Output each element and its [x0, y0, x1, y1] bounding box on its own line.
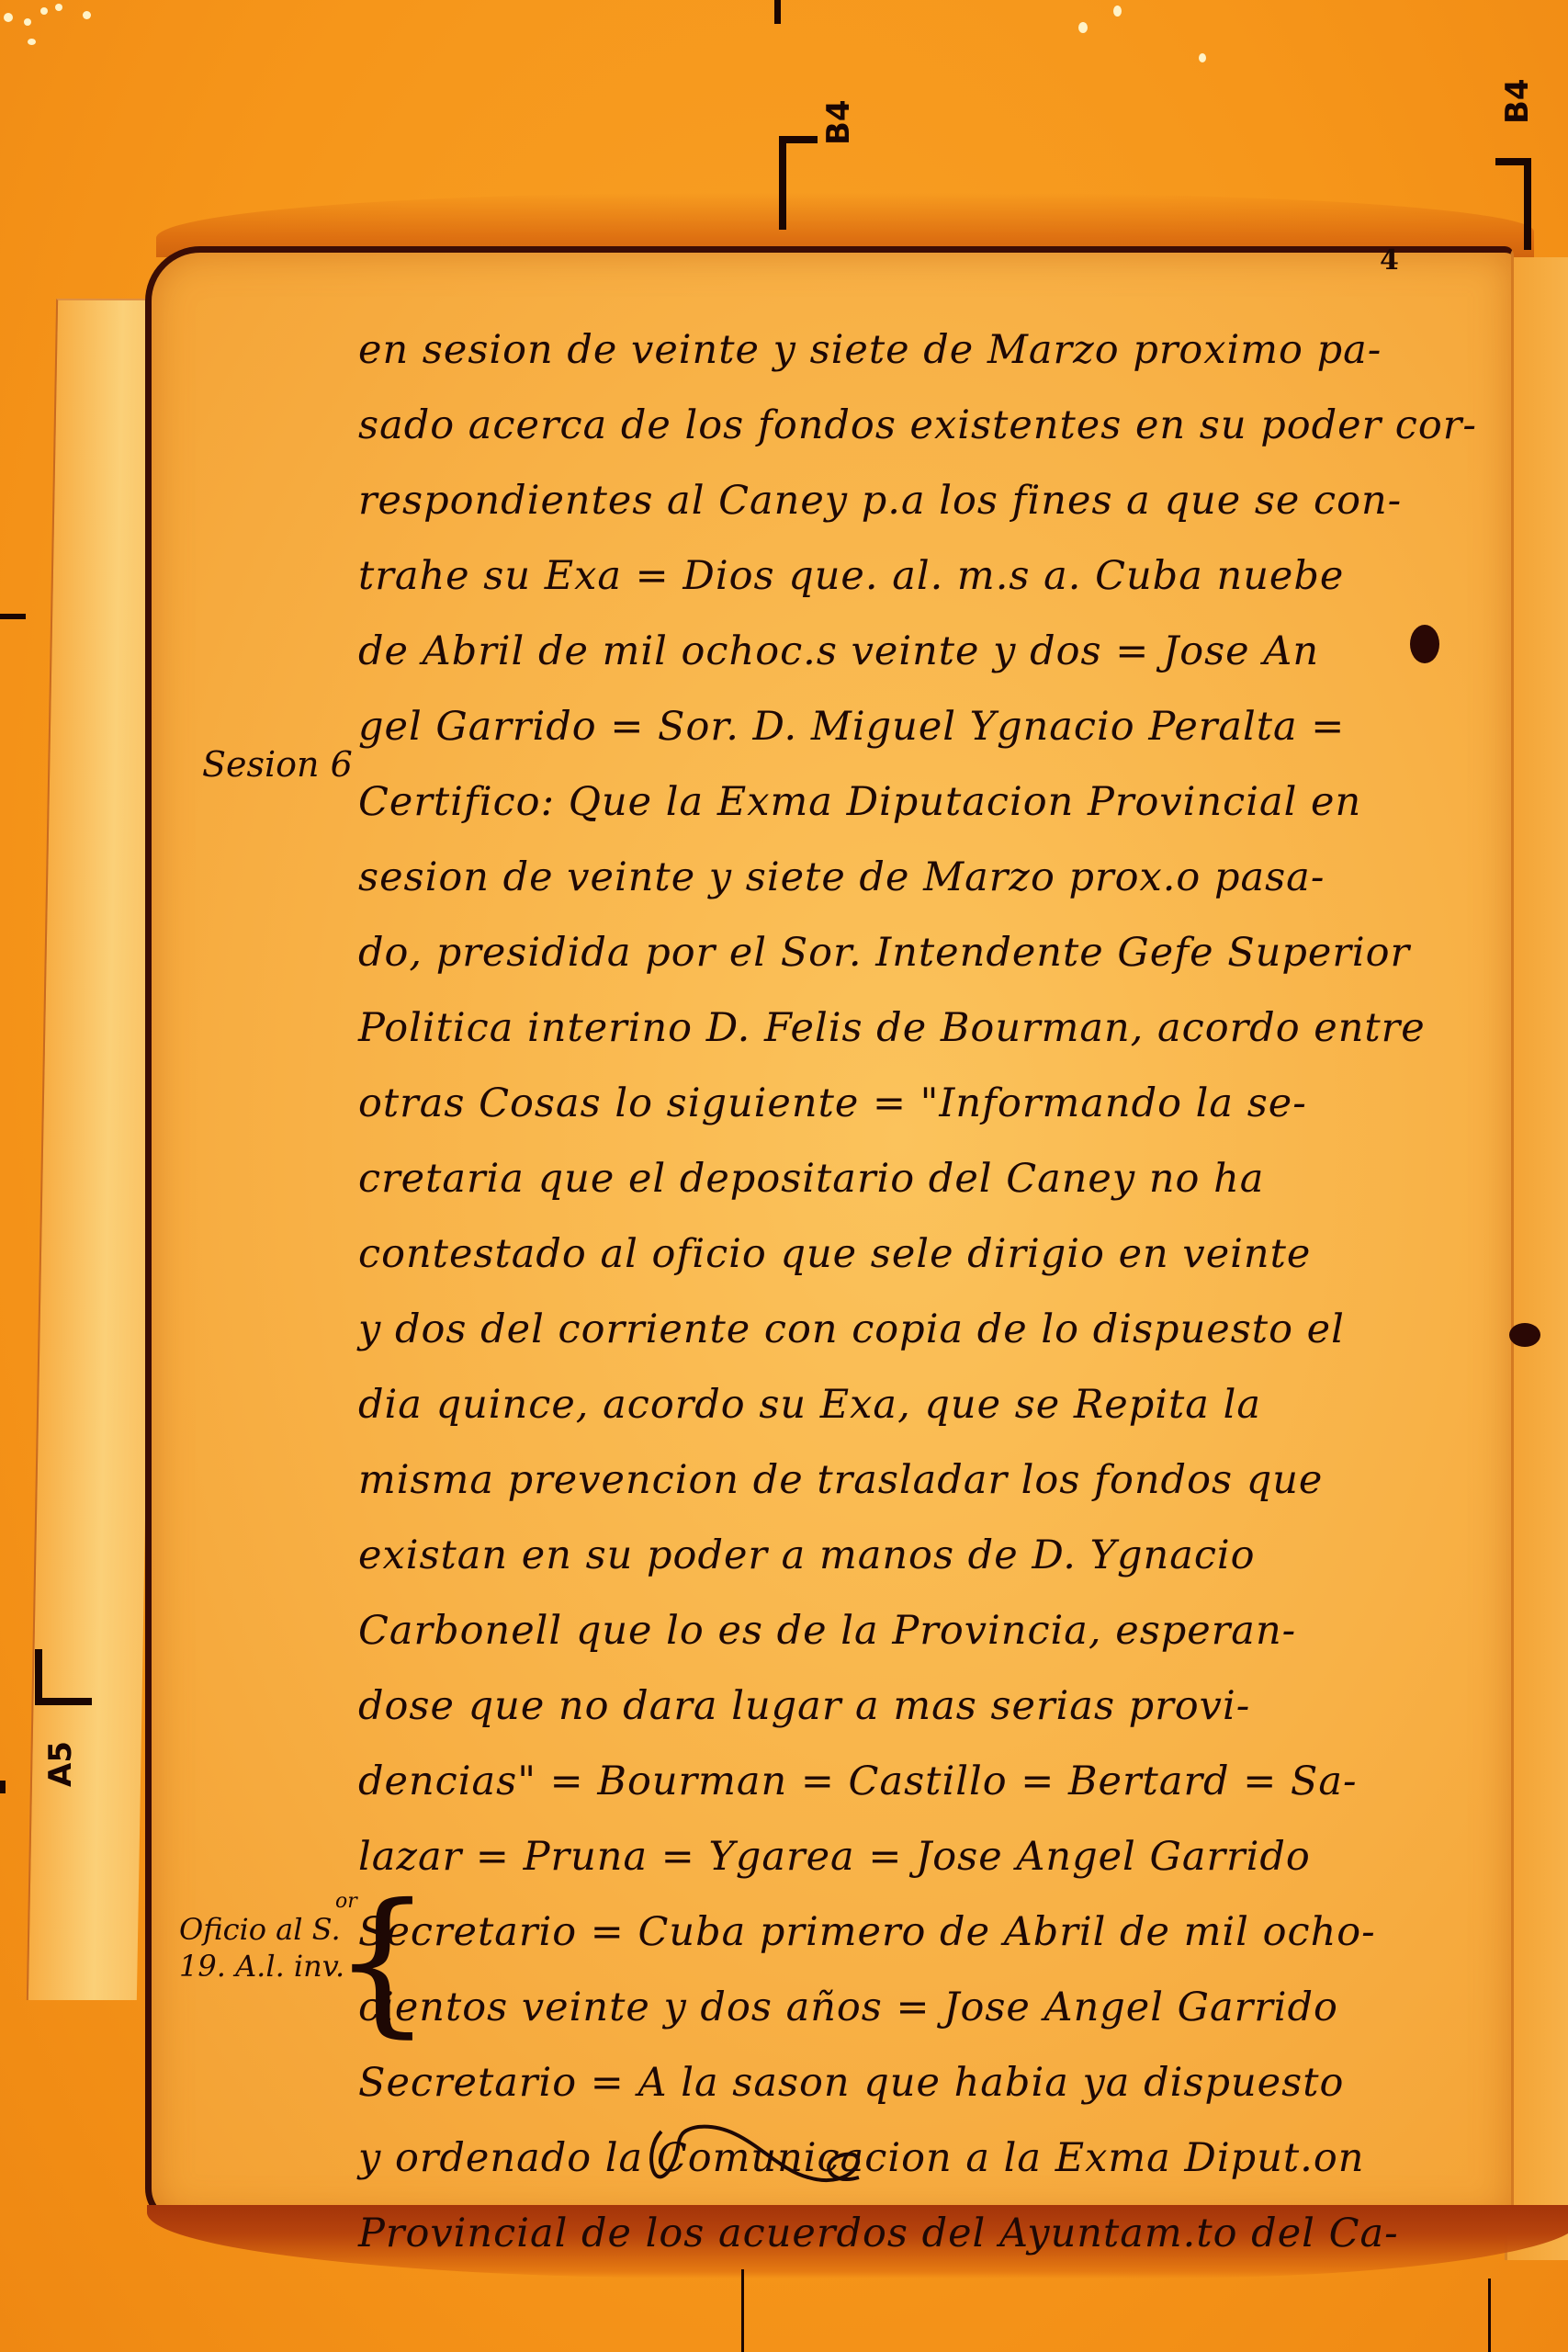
text-line: cientos veinte y dos años = Jose Angel G… [358, 1970, 1497, 2045]
margin-note-sesion-text: Sesion 6 [202, 744, 353, 785]
text-line: misma prevencion de trasladar los fondos… [358, 1442, 1497, 1518]
flourish-icon [643, 2113, 955, 2214]
facing-page-edge [1505, 257, 1568, 2260]
text-line: en sesion de veinte y siete de Marzo pro… [358, 312, 1497, 388]
text-line: y dos del corriente con copia de lo disp… [358, 1292, 1497, 1367]
text-line: dia quince, acordo su Exa, que se Repita… [358, 1367, 1497, 1442]
crop-label-a5: A5 [42, 1741, 79, 1787]
text-line: Politica interino D. Felis de Bourman, a… [358, 990, 1497, 1066]
text-line: respondientes al Caney p.a los fines a q… [358, 463, 1497, 538]
ink-blot [1509, 1323, 1540, 1347]
text-line: do, presidida por el Sor. Intendente Gef… [358, 915, 1497, 990]
text-line: Certifico: Que la Exma Diputacion Provin… [358, 764, 1497, 840]
ink-blot [1410, 625, 1439, 663]
text-line: Secretario = A la sason que habia ya dis… [358, 2045, 1497, 2120]
crop-label-b4-right: B4 [1499, 78, 1536, 124]
text-line: trahe su Exa = Dios que. al. m.s a. Cuba… [358, 538, 1497, 614]
text-line: otras Cosas lo siguiente = "Informando l… [358, 1066, 1497, 1141]
text-line: de Abril de mil ochoc.s veinte y dos = J… [358, 614, 1497, 689]
page-number: 4 [1380, 241, 1399, 281]
text-line: gel Garrido = Sor. D. Miguel Ygnacio Per… [358, 689, 1497, 764]
manuscript-text: en sesion de veinte y siete de Marzo pro… [358, 312, 1497, 2271]
margin-note-sesion: Sesion 6 [202, 744, 353, 785]
text-line: existan en su poder a manos de D. Ygnaci… [358, 1518, 1497, 1593]
margin-note-oficio-line1: Oficio al S. [179, 1911, 357, 1948]
text-line: sesion de veinte y siete de Marzo prox.o… [358, 840, 1497, 915]
text-line: dose que no dara lugar a mas serias prov… [358, 1668, 1497, 1744]
text-line: lazar = Pruna = Ygarea = Jose Angel Garr… [358, 1819, 1497, 1894]
crop-label-b4-left: B4 [820, 99, 857, 145]
text-line: dencias" = Bourman = Castillo = Bertard … [358, 1744, 1497, 1819]
text-line: sado acerca de los fondos existentes en … [358, 388, 1497, 463]
text-line: cretaria que el depositario del Caney no… [358, 1141, 1497, 1216]
margin-note-oficio-line2: 19. A.l. inv. [179, 1948, 357, 1984]
text-line: Carbonell que lo es de la Provincia, esp… [358, 1593, 1497, 1668]
text-line: Secretario = Cuba primero de Abril de mi… [358, 1894, 1497, 1970]
text-line: contestado al oficio que sele dirigio en… [358, 1216, 1497, 1292]
margin-note-oficio: or Oficio al S. 19. A.l. inv. [179, 1893, 357, 1984]
